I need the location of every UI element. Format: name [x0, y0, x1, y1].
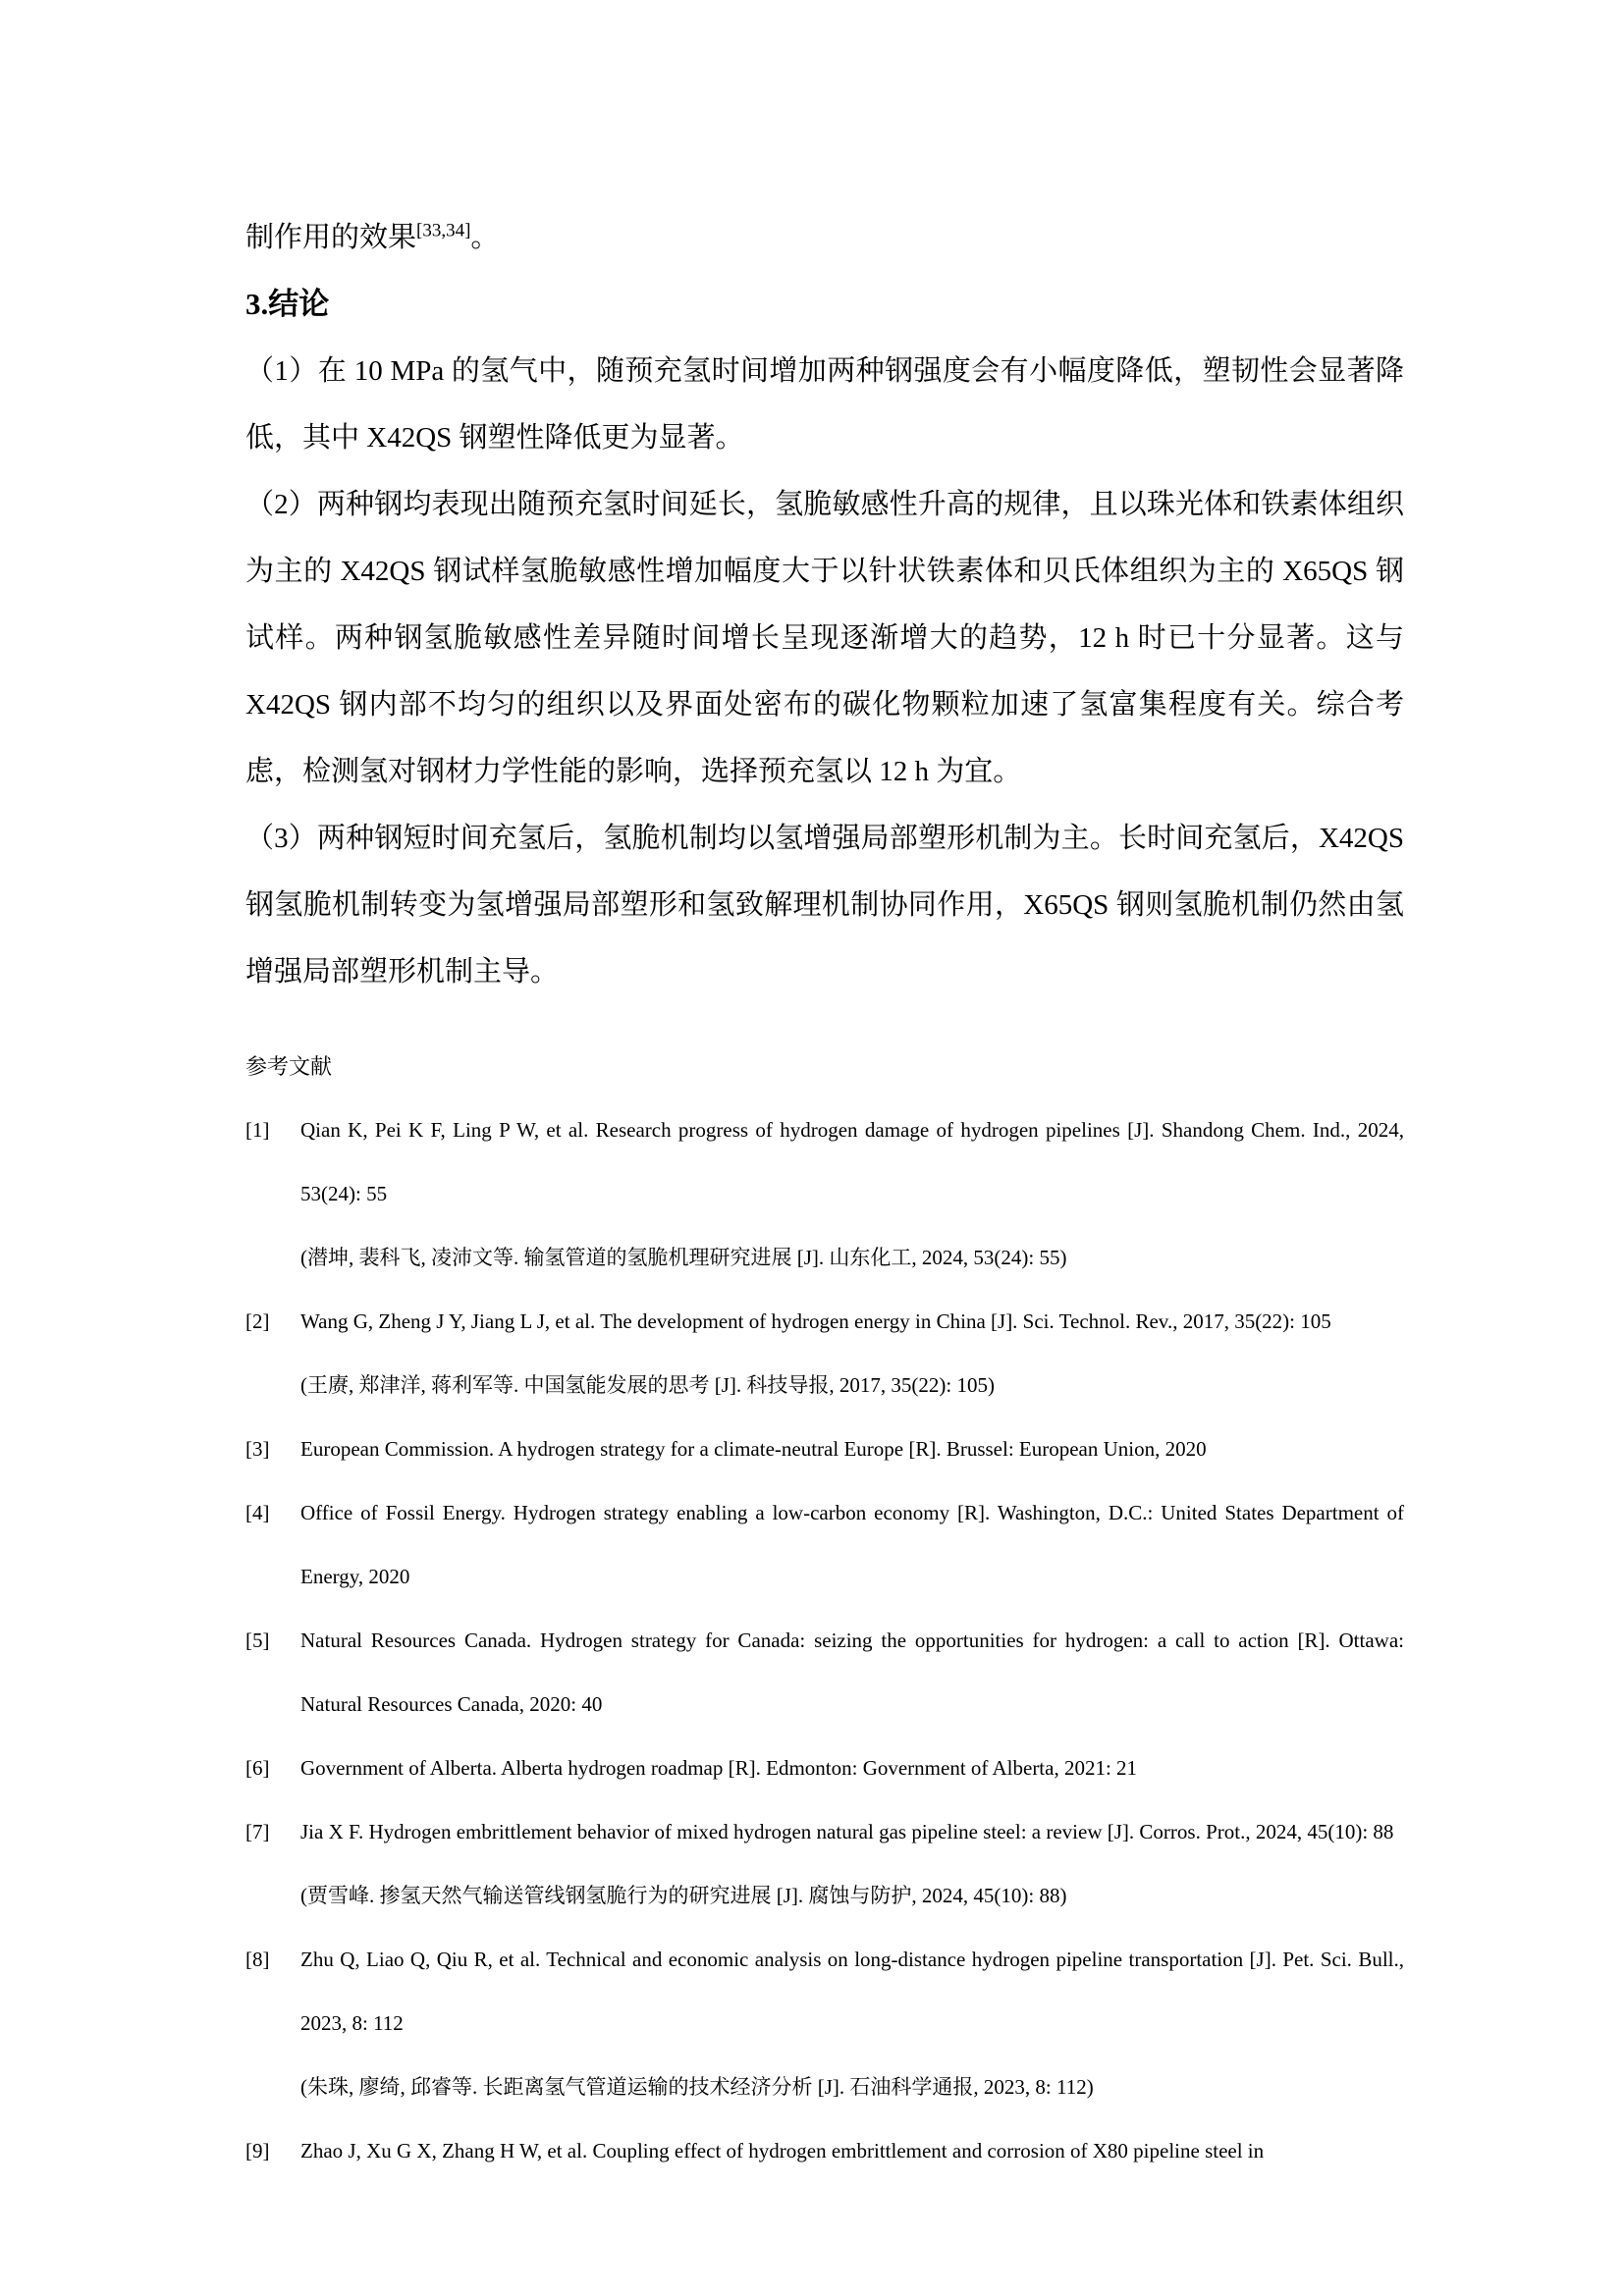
reference-item: [9] Zhao J, Xu G X, Zhang H W, et al. Co…: [245, 2119, 1404, 2183]
citation-superscript: [33,34]: [416, 220, 470, 240]
conclusion-paragraph-1: （1）在 10 MPa 的氢气中，随预充氢时间增加两种钢强度会有小幅度降低，塑韧…: [245, 338, 1404, 471]
reference-content: European Commission. A hydrogen strategy…: [300, 1417, 1404, 1481]
reference-content: Qian K, Pei K F, Ling P W, et al. Resear…: [300, 1098, 1404, 1290]
paragraph-continuation: 制作用的效果[33,34]。: [245, 204, 1404, 271]
reference-number: [7]: [245, 1800, 300, 1864]
continuation-period: 。: [470, 222, 499, 253]
reference-content: Zhu Q, Liao Q, Qiu R, et al. Technical a…: [300, 1928, 1404, 2119]
reference-number: [6]: [245, 1736, 300, 1800]
reference-content: Office of Fossil Energy. Hydrogen strate…: [300, 1481, 1404, 1609]
reference-translation: (潜坤, 裴科飞, 凌沛文等. 输氢管道的氢脆机理研究进展 [J]. 山东化工,…: [300, 1226, 1404, 1290]
reference-item: [4] Office of Fossil Energy. Hydrogen st…: [245, 1481, 1404, 1609]
reference-translation: (王赓, 郑津洋, 蒋利军等. 中国氢能发展的思考 [J]. 科技导报, 201…: [300, 1354, 1404, 1417]
reference-content: Jia X F. Hydrogen embrittlement behavior…: [300, 1800, 1404, 1928]
reference-citation: Qian K, Pei K F, Ling P W, et al. Resear…: [300, 1098, 1404, 1226]
reference-translation: (贾雪峰. 掺氢天然气输送管线钢氢脆行为的研究进展 [J]. 腐蚀与防护, 20…: [300, 1864, 1404, 1928]
continuation-text: 制作用的效果: [245, 222, 416, 253]
reference-number: [8]: [245, 1928, 300, 1992]
reference-translation: (朱珠, 廖绮, 邱睿等. 长距离氢气管道运输的技术经济分析 [J]. 石油科学…: [300, 2056, 1404, 2119]
reference-citation: Wang G, Zheng J Y, Jiang L J, et al. The…: [300, 1290, 1404, 1354]
conclusion-paragraph-2: （2）两种钢均表现出随预充氢时间延长，氢脆敏感性升高的规律，且以珠光体和铁素体组…: [245, 471, 1404, 805]
reference-citation: Jia X F. Hydrogen embrittlement behavior…: [300, 1800, 1404, 1864]
reference-citation: Zhao J, Xu G X, Zhang H W, et al. Coupli…: [300, 2119, 1404, 2183]
reference-item: [2] Wang G, Zheng J Y, Jiang L J, et al.…: [245, 1290, 1404, 1417]
reference-item: [8] Zhu Q, Liao Q, Qiu R, et al. Technic…: [245, 1928, 1404, 2119]
reference-citation: Government of Alberta. Alberta hydrogen …: [300, 1736, 1404, 1800]
conclusion-paragraph-3: （3）两种钢短时间充氢后，氢脆机制均以氢增强局部塑形机制为主。长时间充氢后，X4…: [245, 805, 1404, 1005]
reference-number: [4]: [245, 1481, 300, 1545]
document-page: 制作用的效果[33,34]。 3.结论 （1）在 10 MPa 的氢气中，随预充…: [0, 0, 1624, 2296]
reference-citation: European Commission. A hydrogen strategy…: [300, 1417, 1404, 1481]
reference-content: Wang G, Zheng J Y, Jiang L J, et al. The…: [300, 1290, 1404, 1417]
reference-number: [2]: [245, 1290, 300, 1354]
reference-number: [3]: [245, 1417, 300, 1481]
reference-number: [9]: [245, 2119, 300, 2183]
reference-content: Government of Alberta. Alberta hydrogen …: [300, 1736, 1404, 1800]
reference-item: [5] Natural Resources Canada. Hydrogen s…: [245, 1609, 1404, 1736]
reference-item: [6] Government of Alberta. Alberta hydro…: [245, 1736, 1404, 1800]
reference-number: [5]: [245, 1609, 300, 1673]
reference-content: Zhao J, Xu G X, Zhang H W, et al. Coupli…: [300, 2119, 1404, 2183]
reference-citation: Natural Resources Canada. Hydrogen strat…: [300, 1609, 1404, 1736]
reference-item: [1] Qian K, Pei K F, Ling P W, et al. Re…: [245, 1098, 1404, 1290]
reference-citation: Office of Fossil Energy. Hydrogen strate…: [300, 1481, 1404, 1609]
reference-item: [7] Jia X F. Hydrogen embrittlement beha…: [245, 1800, 1404, 1928]
reference-number: [1]: [245, 1098, 300, 1162]
reference-content: Natural Resources Canada. Hydrogen strat…: [300, 1609, 1404, 1736]
references-heading: 参考文献: [245, 1035, 1404, 1098]
reference-citation: Zhu Q, Liao Q, Qiu R, et al. Technical a…: [300, 1928, 1404, 2056]
references-list: [1] Qian K, Pei K F, Ling P W, et al. Re…: [245, 1098, 1404, 2183]
reference-item: [3] European Commission. A hydrogen stra…: [245, 1417, 1404, 1481]
section-heading-conclusion: 3.结论: [245, 271, 1404, 338]
